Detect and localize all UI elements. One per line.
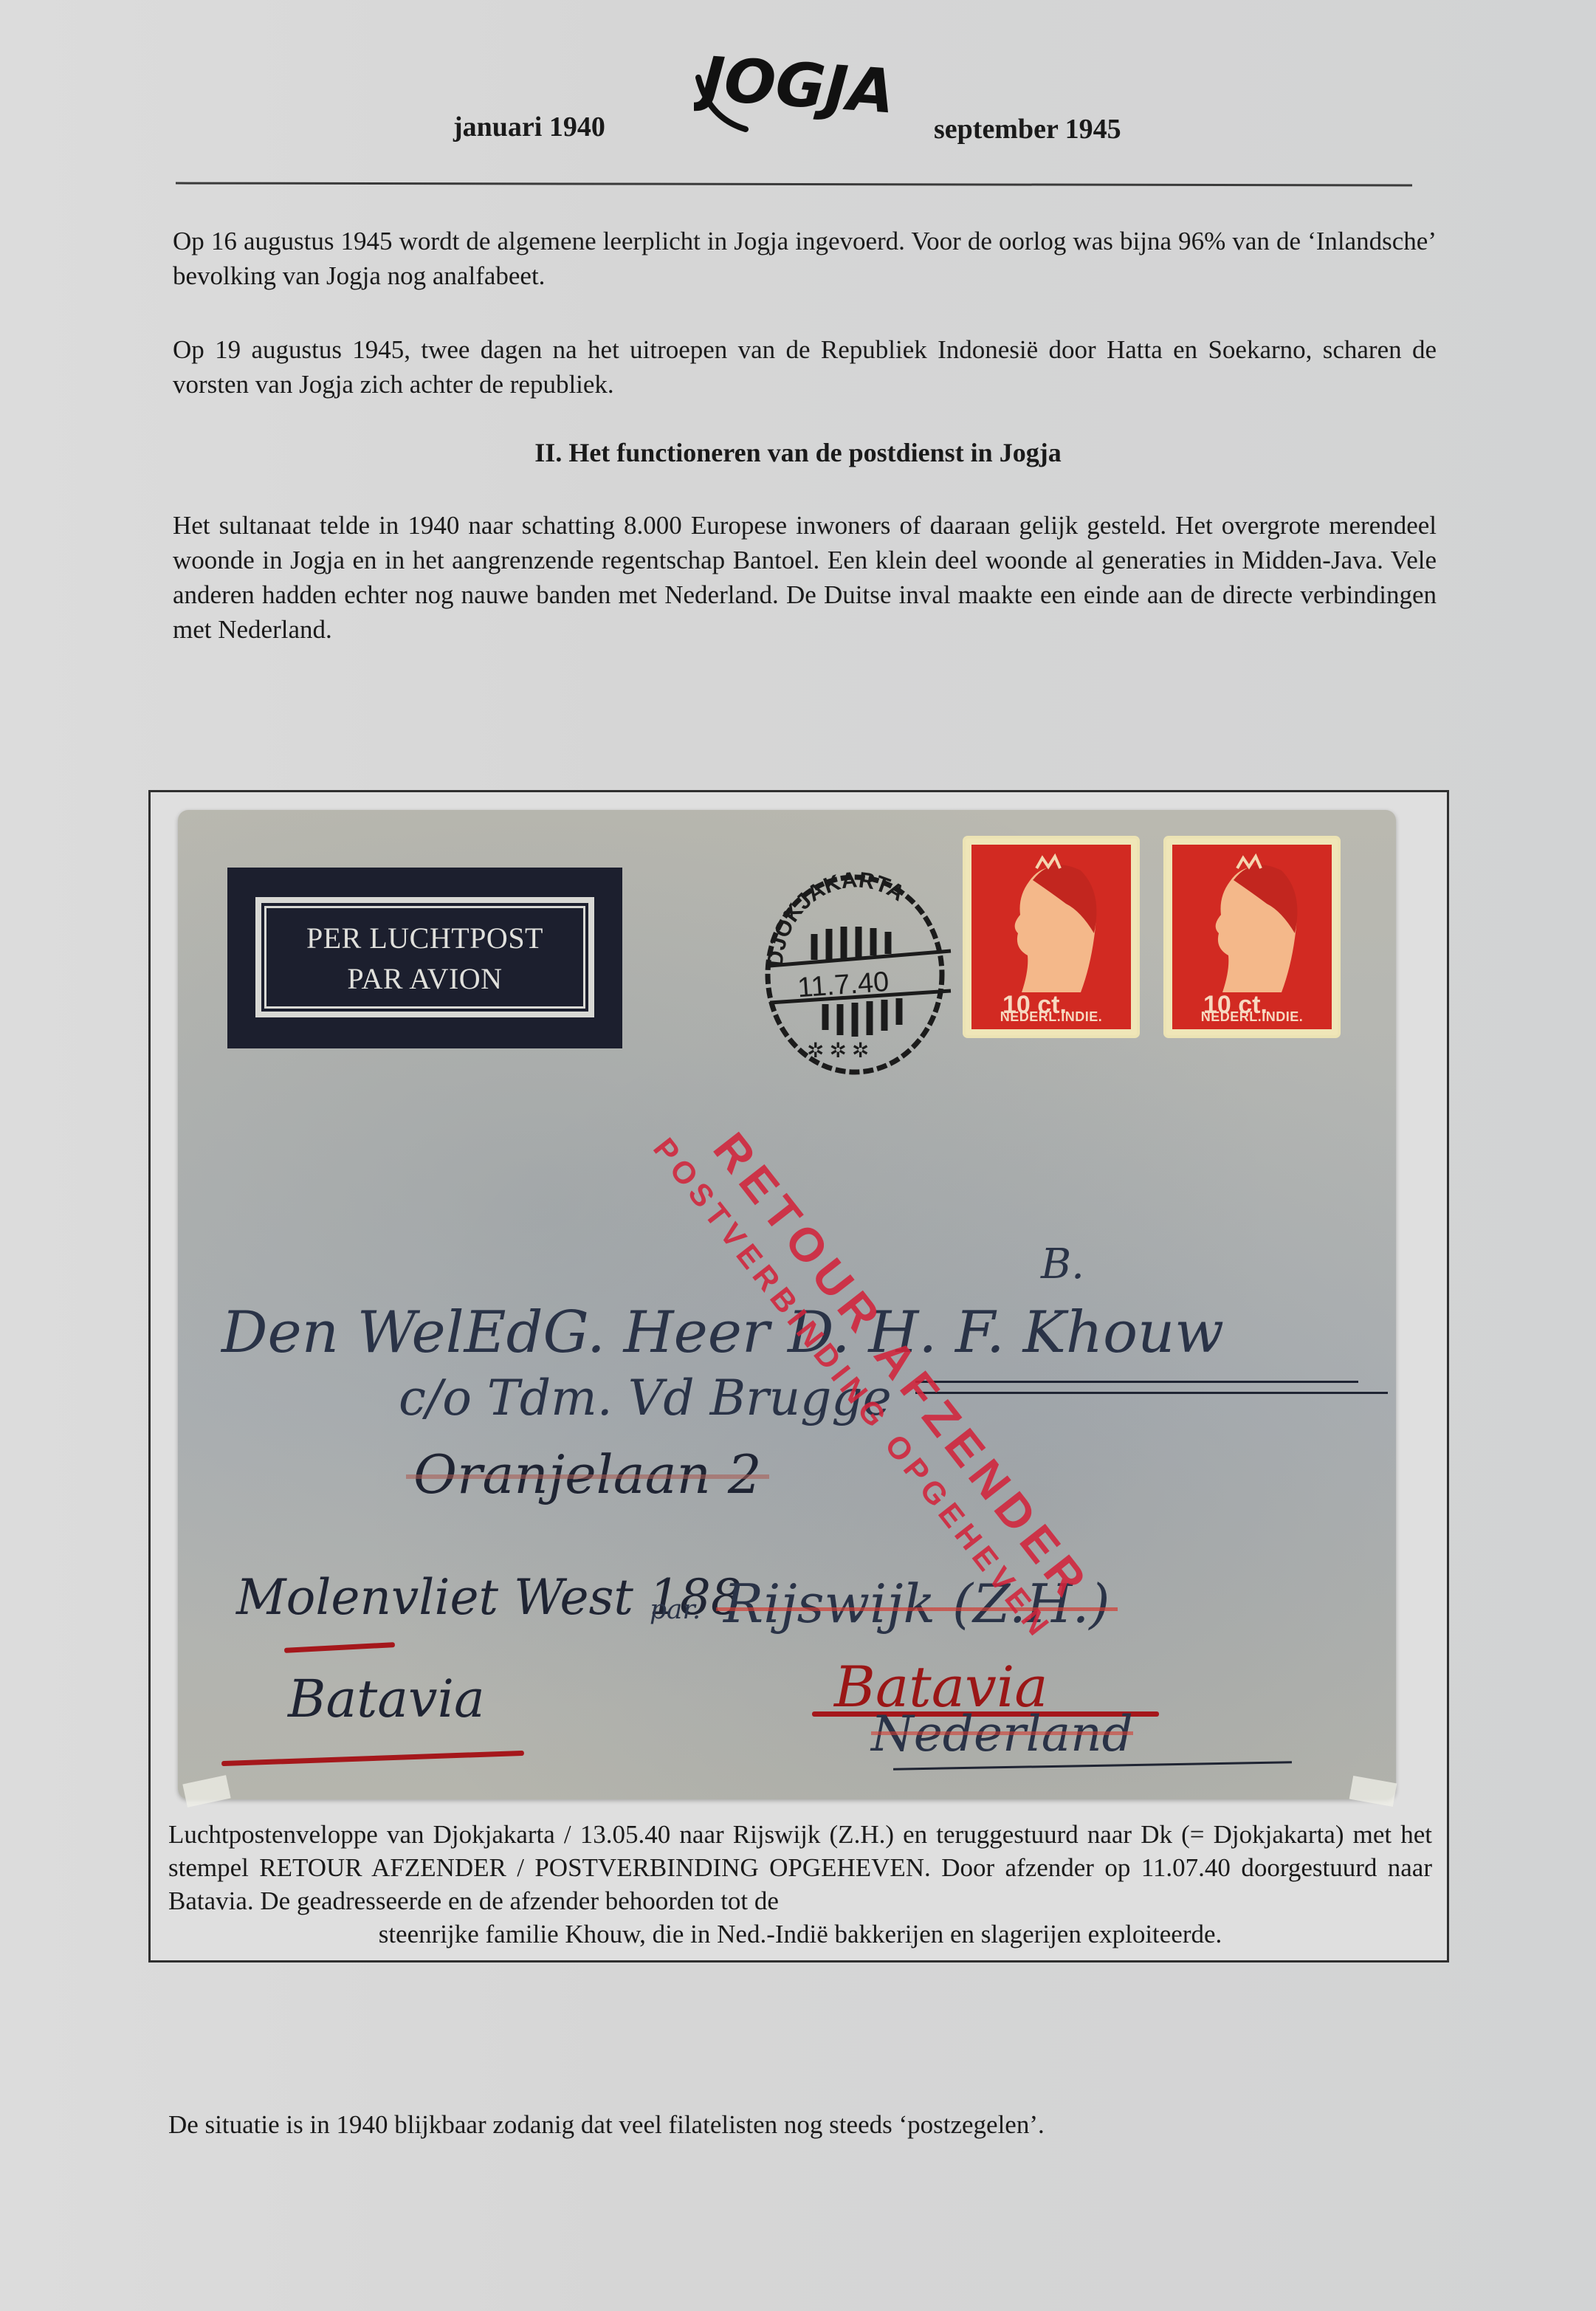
- svg-text:✲ ✲ ✲: ✲ ✲ ✲: [807, 1040, 869, 1062]
- postmark-cancel: DJOKJAKARTA 11.7.40 ✲ ✲ ✲: [744, 864, 966, 1085]
- postage-stamp: 10 ct. NEDERL.INDIE.: [1166, 839, 1338, 1035]
- handwritten-par: par.: [650, 1595, 701, 1625]
- stamp-country: NEDERL.INDIE.: [982, 1009, 1121, 1025]
- airmail-label: PER LUCHTPOST PAR AVION: [227, 868, 622, 1048]
- stamp-country: NEDERL.INDIE.: [1183, 1009, 1321, 1025]
- airmail-label-line2: PAR AVION: [227, 958, 622, 999]
- postage-stamp: 10 ct. NEDERL.INDIE.: [966, 839, 1137, 1035]
- caption-last-line: steenrijke familie Khouw, die in Ned.-In…: [168, 1917, 1432, 1951]
- handwritten-sender-city: Batavia: [288, 1669, 485, 1729]
- handwritten-country-crossed: Nederland: [871, 1706, 1133, 1762]
- footer-note: De situatie is in 1940 blijkbaar zodanig…: [168, 2110, 1045, 2140]
- caption-text: Luchtpostenveloppe van Djokjakarta / 13.…: [168, 1820, 1432, 1915]
- handwritten-care-of: c/o Tdm. Vd Brugge: [399, 1370, 892, 1426]
- date-to: september 1945: [934, 113, 1121, 145]
- handwritten-street-crossed: Oranjelaan 2: [413, 1443, 762, 1505]
- postmark-date: 11.7.40: [797, 966, 890, 1004]
- section-title: II. Het functioneren van de postdienst i…: [0, 437, 1596, 468]
- section-body: Het sultanaat telde in 1940 naar schatti…: [173, 508, 1437, 647]
- paragraph-republiek: Op 19 augustus 1945, twee dagen na het u…: [173, 332, 1437, 402]
- handwritten-mark-b: B.: [1041, 1240, 1084, 1288]
- queen-portrait-icon: [1000, 852, 1110, 992]
- header-divider: [176, 182, 1412, 187]
- date-from: januari 1940: [453, 111, 605, 143]
- airmail-label-line1: PER LUCHTPOST: [227, 918, 622, 958]
- address-underline: [915, 1392, 1388, 1394]
- jogja-logo: JOGJA: [694, 48, 930, 137]
- queen-portrait-icon: [1200, 852, 1311, 992]
- cover-caption: Luchtpostenveloppe van Djokjakarta / 13.…: [168, 1818, 1432, 1951]
- address-underline: [915, 1381, 1358, 1383]
- paragraph-leerplicht: Op 16 augustus 1945 wordt de algemene le…: [173, 224, 1437, 293]
- handwritten-addressee: Den WelEdG. Heer D. H. F. Khouw: [221, 1299, 1224, 1366]
